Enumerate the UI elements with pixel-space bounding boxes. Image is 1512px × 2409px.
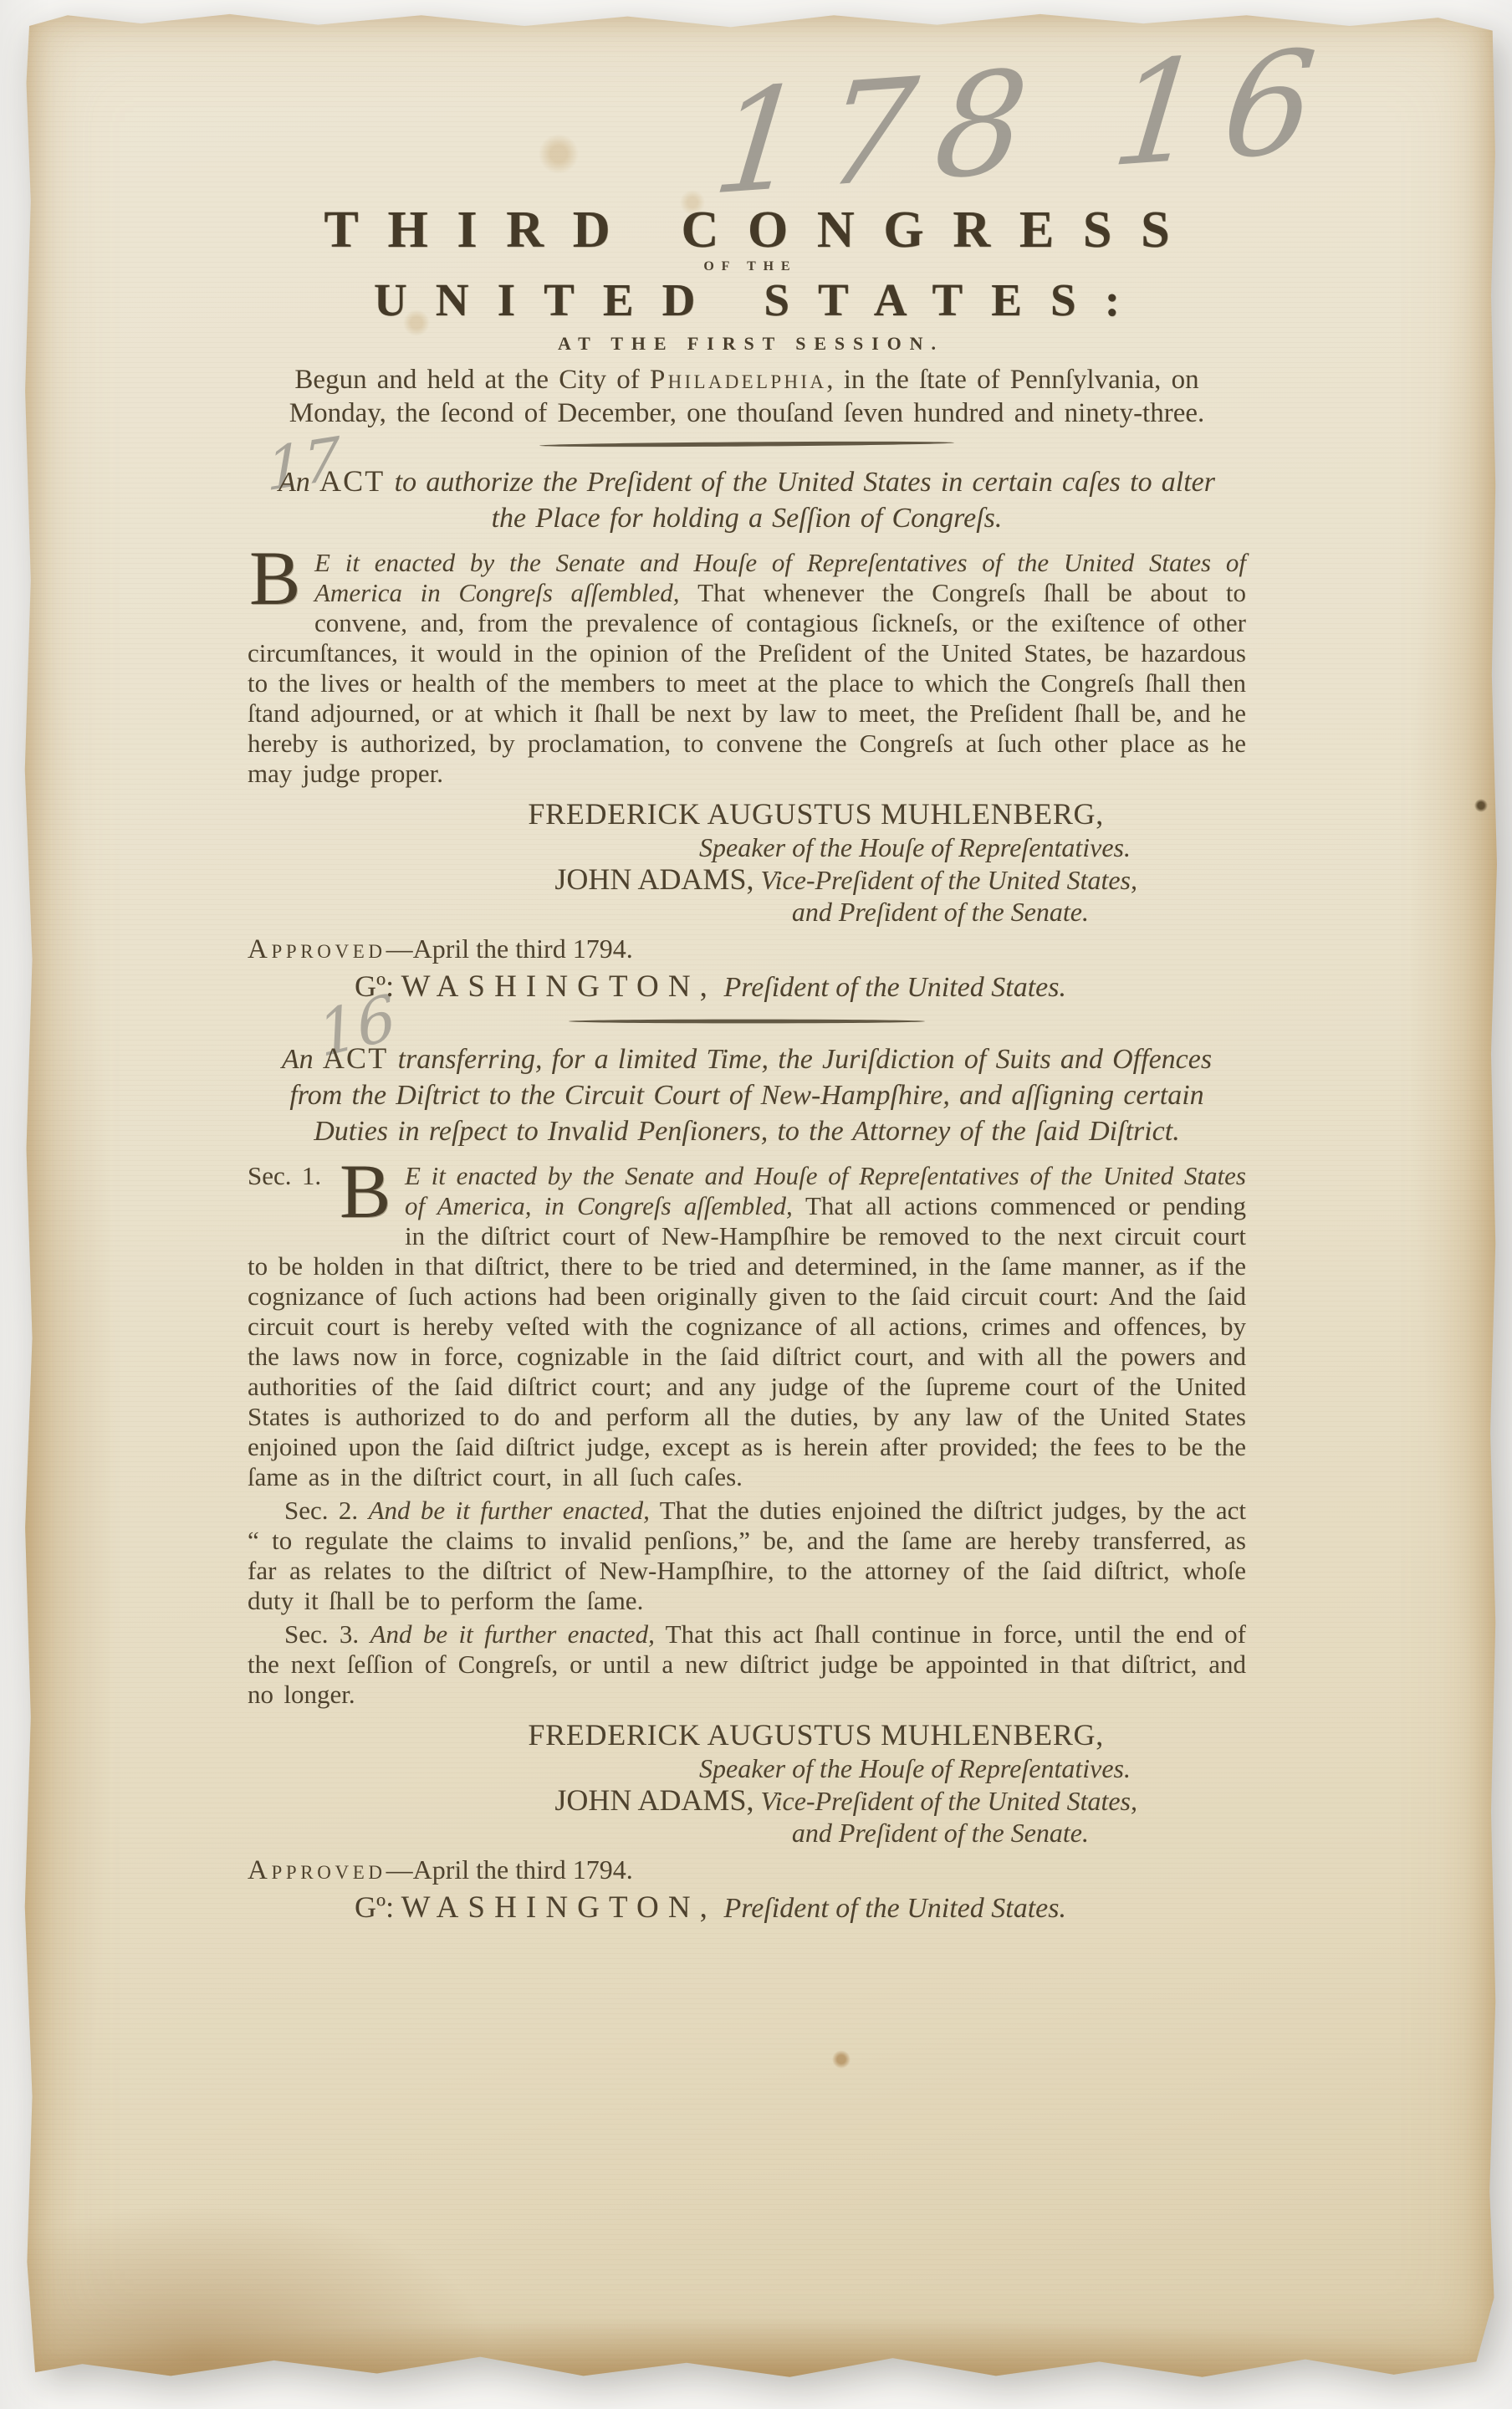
act2-washington-line: Gº: WASHINGTON, Preſident of the United … [248, 1888, 1246, 1928]
act2-heading-act-word: ACT [323, 1041, 388, 1075]
act1-signature-muhlenberg: FREDERICK AUGUSTUS MUHLENBERG, [248, 795, 1246, 832]
act1-washington-line: Gº: WASHINGTON, Preſident of the United … [248, 967, 1246, 1007]
act1-signature-adams-role: Vice-Preſident of the United States, [753, 865, 1137, 895]
act2-signature-adams-name: JOHN ADAMS, [554, 1783, 753, 1817]
act2-washington-title: Preſident of the United States. [717, 1893, 1066, 1924]
act1-signature-senate-president-role: and Preſident of the Senate. [248, 897, 1246, 928]
masthead-title-line2-of-the: OF THE [248, 259, 1254, 274]
act2-signature-muhlenberg: FREDERICK AUGUSTUS MUHLENBERG, [248, 1716, 1246, 1753]
act2-section2-label: Sec. 2. [284, 1496, 358, 1525]
act2-section1-paragraph: Sec. 1.BE it enacted by the Senate and H… [248, 1161, 1246, 1492]
act2-signature-adams-line: JOHN ADAMS, Vice-Preſident of the United… [248, 1784, 1246, 1818]
act1-signature-speaker-role: Speaker of the Houſe of Repreſentatives. [248, 832, 1246, 863]
act1-drop-cap: B [249, 550, 304, 609]
act2-signature-adams-role: Vice-Preſident of the United States, [753, 1786, 1137, 1816]
act1-approved-label: Approved [248, 934, 386, 964]
act1-signature-adams-line: JOHN ADAMS, Vice-Preſident of the United… [248, 863, 1246, 897]
act2-section1-label: Sec. 1. [248, 1161, 338, 1191]
act2-section3-paragraph: Sec. 3. And be it further enacted, That … [248, 1619, 1246, 1710]
act2-section1-drop-cap: B [340, 1164, 395, 1222]
act1-body-paragraph: BE it enacted by the Senate and Houſe of… [248, 548, 1246, 789]
act1-signature-adams-name: JOHN ADAMS, [554, 862, 753, 896]
act2-signature-speaker-role: Speaker of the Houſe of Repreſentatives. [248, 1753, 1246, 1784]
act2-section2-paragraph: Sec. 2. And be it further enacted, That … [248, 1496, 1246, 1616]
act2-washington-surname: WASHINGTON, [401, 1890, 717, 1925]
act2-section1-body-text: That all actions commenced or pending in… [248, 1191, 1246, 1491]
act2-section3-label: Sec. 3. [284, 1619, 359, 1649]
act1-heading-rest: to authorize the Preſident of the United… [385, 467, 1215, 534]
act1-washington-surname: WASHINGTON, [401, 969, 717, 1004]
act2-signature-senate-president-role: and Preſident of the Senate. [248, 1818, 1246, 1849]
act2-approved-date: —April the third 1794. [386, 1854, 633, 1885]
masthead-session-line: AT THE FIRST SESSION. [248, 333, 1254, 355]
act2-approved-line: Approved—April the third 1794. [248, 1852, 1246, 1888]
scan-background: 178 16 17 16 THIRD CONGRESS OF THE UNITE… [0, 0, 1512, 2409]
act2-section2-enacting-clause: And be it further enacted, [369, 1496, 650, 1525]
act1-washington-title: Preſident of the United States. [717, 972, 1066, 1003]
act1-approved-line: Approved—April the third 1794. [248, 931, 1246, 967]
venue-text-pre: Begun and held at the City of [294, 365, 650, 395]
printed-content: THIRD CONGRESS OF THE UNITED STATES: AT … [248, 12, 1246, 1928]
swelled-rule-divider-2 [567, 1017, 927, 1025]
venue-city-name: Philadelphia [650, 365, 826, 395]
act1-heading-act-word: ACT [319, 464, 385, 498]
masthead-title-line1: THIRD CONGRESS [248, 201, 1275, 259]
document-page: 178 16 17 16 THIRD CONGRESS OF THE UNITE… [23, 12, 1497, 2381]
act2-section3-enacting-clause: And be it further enacted, [370, 1619, 655, 1649]
act1-section: An ACT to authorize the Preſident of the… [248, 463, 1246, 1007]
act1-approved-date: —April the third 1794. [386, 933, 633, 964]
act2-section: An ACT transferring, for a limited Time,… [248, 1041, 1246, 1928]
act2-washington-initial: Gº: [355, 1890, 394, 1924]
paper-shadow-wrapper: 178 16 17 16 THIRD CONGRESS OF THE UNITE… [0, 0, 1512, 2409]
act2-heading: An ACT transferring, for a limited Time,… [262, 1041, 1232, 1149]
venue-paragraph: Begun and held at the City of Philadelph… [248, 363, 1246, 430]
act1-heading-an: An [278, 467, 319, 498]
act2-heading-rest: transferring, for a limited Time, the Ju… [289, 1044, 1212, 1147]
swelled-rule-divider-1 [538, 440, 956, 448]
act1-heading: An ACT to authorize the Preſident of the… [262, 463, 1232, 536]
act2-heading-an: An [282, 1044, 323, 1075]
act2-approved-label: Approved [248, 1855, 386, 1885]
act1-washington-initial: Gº: [355, 969, 394, 1003]
act1-body-text: That whenever the Congreſs ſhall be abou… [248, 578, 1246, 788]
masthead-title-line3: UNITED STATES: [248, 274, 1274, 326]
